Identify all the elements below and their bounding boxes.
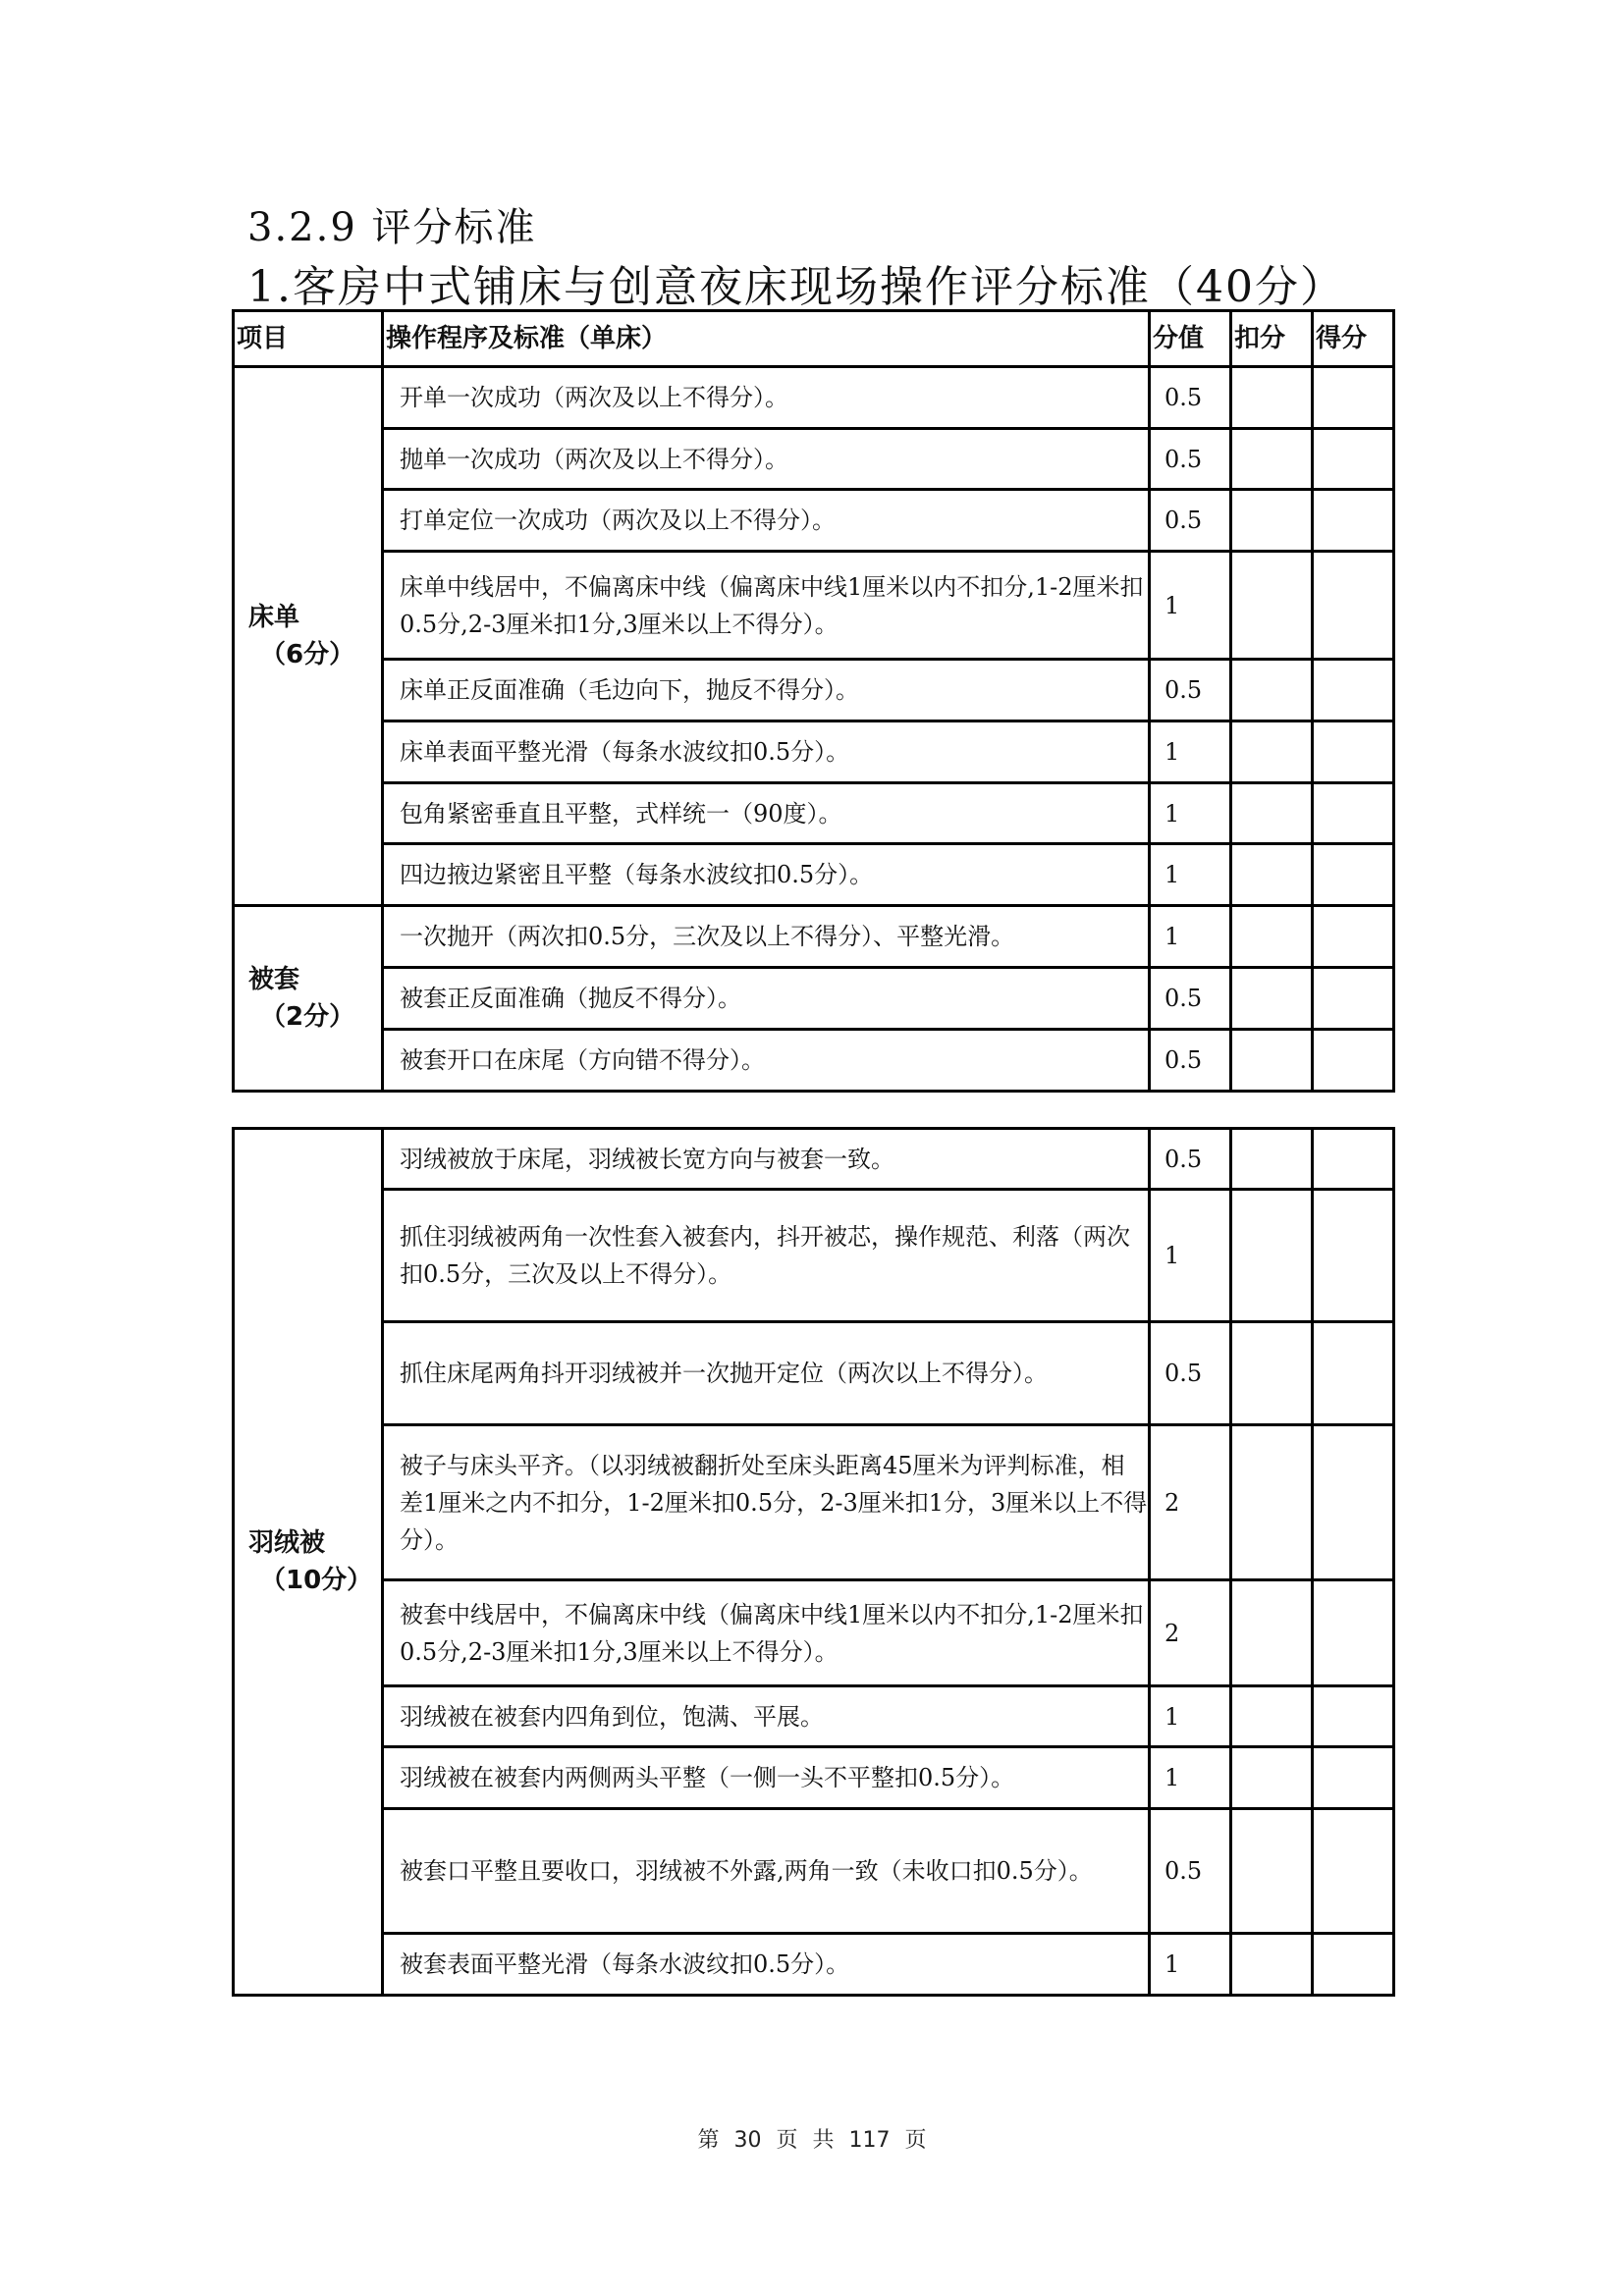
value-cell: 1 [1150, 1934, 1231, 1996]
value-cell: 2 [1150, 1580, 1231, 1686]
score-cell[interactable] [1313, 367, 1394, 429]
score-cell[interactable] [1313, 968, 1394, 1030]
deduct-cell[interactable] [1231, 1747, 1313, 1809]
header-score: 得分 [1313, 311, 1394, 367]
criteria-cell: 床单中线居中，不偏离床中线（偏离床中线1厘米以内不扣分,1-2厘米扣0.5分,2… [383, 552, 1150, 660]
criteria-cell: 被套中线居中，不偏离床中线（偏离床中线1厘米以内不扣分,1-2厘米扣0.5分,2… [383, 1580, 1150, 1686]
score-cell[interactable] [1313, 429, 1394, 490]
score-cell[interactable] [1313, 1190, 1394, 1322]
score-cell[interactable] [1313, 490, 1394, 552]
score-cell[interactable] [1313, 1934, 1394, 1996]
category-points: （2分） [248, 998, 381, 1036]
table-row: 床单 （6分） 开单一次成功（两次及以上不得分）。 0.5 [234, 367, 1394, 429]
criteria-cell: 打单定位一次成功（两次及以上不得分）。 [383, 490, 1150, 552]
category-name: 羽绒被 [248, 1528, 325, 1558]
criteria-cell: 羽绒被在被套内四角到位，饱满、平展。 [383, 1686, 1150, 1747]
deduct-cell[interactable] [1231, 552, 1313, 660]
table-row: 床单正反面准确（毛边向下，抛反不得分）。 0.5 [234, 660, 1394, 721]
criteria-cell: 一次抛开（两次扣0.5分，三次及以上不得分）、平整光滑。 [383, 906, 1150, 968]
criteria-cell: 羽绒被在被套内两侧两头平整（一侧一头不平整扣0.5分）。 [383, 1747, 1150, 1809]
criteria-cell: 抛单一次成功（两次及以上不得分）。 [383, 429, 1150, 490]
header-deduct: 扣分 [1231, 311, 1313, 367]
score-cell[interactable] [1313, 844, 1394, 906]
deduct-cell[interactable] [1231, 1129, 1313, 1190]
section-heading: 3.2.9 评分标准 [247, 196, 537, 252]
score-cell[interactable] [1313, 721, 1394, 783]
deduct-cell[interactable] [1231, 660, 1313, 721]
value-cell: 0.5 [1150, 367, 1231, 429]
value-cell: 0.5 [1150, 490, 1231, 552]
criteria-cell: 被子与床头平齐。（以羽绒被翻折处至床头距离45厘米为评判标准，相差1厘米之内不扣… [383, 1425, 1150, 1580]
deduct-cell[interactable] [1231, 721, 1313, 783]
value-cell: 1 [1150, 783, 1231, 844]
deduct-cell[interactable] [1231, 1322, 1313, 1425]
table-row: 羽绒被在被套内两侧两头平整（一侧一头不平整扣0.5分）。 1 [234, 1747, 1394, 1809]
table-row: 被套 （2分） 一次抛开（两次扣0.5分，三次及以上不得分）、平整光滑。 1 [234, 906, 1394, 968]
criteria-cell: 抓住床尾两角抖开羽绒被并一次抛开定位（两次以上不得分）。 [383, 1322, 1150, 1425]
value-cell: 1 [1150, 721, 1231, 783]
value-cell: 2 [1150, 1425, 1231, 1580]
table-header-row: 项目 操作程序及标准（单床） 分值 扣分 得分 [234, 311, 1394, 367]
score-cell[interactable] [1313, 1322, 1394, 1425]
criteria-cell: 被套正反面准确（抛反不得分）。 [383, 968, 1150, 1030]
table-row: 抓住羽绒被两角一次性套入被套内，抖开被芯，操作规范、利落（两次扣0.5分，三次及… [234, 1190, 1394, 1322]
category-name: 被套 [248, 965, 299, 994]
table-row: 被套正反面准确（抛反不得分）。 0.5 [234, 968, 1394, 1030]
header-value: 分值 [1150, 311, 1231, 367]
deduct-cell[interactable] [1231, 367, 1313, 429]
table-row: 抛单一次成功（两次及以上不得分）。 0.5 [234, 429, 1394, 490]
value-cell: 1 [1150, 844, 1231, 906]
deduct-cell[interactable] [1231, 429, 1313, 490]
scoring-table-part-1: 项目 操作程序及标准（单床） 分值 扣分 得分 床单 （6分） 开单一次成功（两… [232, 309, 1395, 1093]
criteria-cell: 床单表面平整光滑（每条水波纹扣0.5分）。 [383, 721, 1150, 783]
criteria-cell: 被套表面平整光滑（每条水波纹扣0.5分）。 [383, 1934, 1150, 1996]
criteria-cell: 抓住羽绒被两角一次性套入被套内，抖开被芯，操作规范、利落（两次扣0.5分，三次及… [383, 1190, 1150, 1322]
criteria-cell: 被套口平整且要收口，羽绒被不外露,两角一致（未收口扣0.5分）。 [383, 1809, 1150, 1934]
category-cell-sheet: 床单 （6分） [234, 367, 383, 906]
criteria-cell: 羽绒被放于床尾，羽绒被长宽方向与被套一致。 [383, 1129, 1150, 1190]
criteria-cell: 被套开口在床尾（方向错不得分）。 [383, 1030, 1150, 1092]
value-cell: 1 [1150, 1190, 1231, 1322]
table-row: 被套表面平整光滑（每条水波纹扣0.5分）。 1 [234, 1934, 1394, 1996]
deduct-cell[interactable] [1231, 968, 1313, 1030]
category-cell-duvet-cover: 被套 （2分） [234, 906, 383, 1092]
category-points: （6分） [248, 636, 381, 673]
deduct-cell[interactable] [1231, 1934, 1313, 1996]
table-row: 抓住床尾两角抖开羽绒被并一次抛开定位（两次以上不得分）。 0.5 [234, 1322, 1394, 1425]
value-cell: 1 [1150, 552, 1231, 660]
table-row: 四边掖边紧密且平整（每条水波纹扣0.5分）。 1 [234, 844, 1394, 906]
value-cell: 0.5 [1150, 1129, 1231, 1190]
table-row: 打单定位一次成功（两次及以上不得分）。 0.5 [234, 490, 1394, 552]
score-cell[interactable] [1313, 783, 1394, 844]
table-row: 被套中线居中，不偏离床中线（偏离床中线1厘米以内不扣分,1-2厘米扣0.5分,2… [234, 1580, 1394, 1686]
header-criteria: 操作程序及标准（单床） [383, 311, 1150, 367]
deduct-cell[interactable] [1231, 1190, 1313, 1322]
deduct-cell[interactable] [1231, 1809, 1313, 1934]
category-cell-down-duvet: 羽绒被 （10分） [234, 1129, 383, 1996]
deduct-cell[interactable] [1231, 1686, 1313, 1747]
value-cell: 1 [1150, 1747, 1231, 1809]
value-cell: 1 [1150, 1686, 1231, 1747]
category-points: （10分） [248, 1562, 381, 1599]
value-cell: 0.5 [1150, 429, 1231, 490]
table-row: 被套开口在床尾（方向错不得分）。 0.5 [234, 1030, 1394, 1092]
deduct-cell[interactable] [1231, 844, 1313, 906]
table-row: 被套口平整且要收口，羽绒被不外露,两角一致（未收口扣0.5分）。 0.5 [234, 1809, 1394, 1934]
table-row: 床单表面平整光滑（每条水波纹扣0.5分）。 1 [234, 721, 1394, 783]
score-cell[interactable] [1313, 1686, 1394, 1747]
value-cell: 1 [1150, 906, 1231, 968]
score-cell[interactable] [1313, 1809, 1394, 1934]
value-cell: 0.5 [1150, 660, 1231, 721]
deduct-cell[interactable] [1231, 1425, 1313, 1580]
score-cell[interactable] [1313, 1030, 1394, 1092]
category-name: 床单 [248, 603, 299, 632]
header-item: 项目 [234, 311, 383, 367]
value-cell: 0.5 [1150, 968, 1231, 1030]
table-row: 被子与床头平齐。（以羽绒被翻折处至床头距离45厘米为评判标准，相差1厘米之内不扣… [234, 1425, 1394, 1580]
criteria-cell: 四边掖边紧密且平整（每条水波纹扣0.5分）。 [383, 844, 1150, 906]
table-row: 羽绒被 （10分） 羽绒被放于床尾，羽绒被长宽方向与被套一致。 0.5 [234, 1129, 1394, 1190]
score-cell[interactable] [1313, 1747, 1394, 1809]
scoring-table-part-2: 羽绒被 （10分） 羽绒被放于床尾，羽绒被长宽方向与被套一致。 0.5 抓住羽绒… [232, 1127, 1395, 1997]
table-row: 床单中线居中，不偏离床中线（偏离床中线1厘米以内不扣分,1-2厘米扣0.5分,2… [234, 552, 1394, 660]
score-cell[interactable] [1313, 1425, 1394, 1580]
deduct-cell[interactable] [1231, 1580, 1313, 1686]
deduct-cell[interactable] [1231, 490, 1313, 552]
score-cell[interactable] [1313, 1129, 1394, 1190]
score-cell[interactable] [1313, 552, 1394, 660]
value-cell: 0.5 [1150, 1322, 1231, 1425]
score-cell[interactable] [1313, 906, 1394, 968]
score-cell[interactable] [1313, 660, 1394, 721]
deduct-cell[interactable] [1231, 906, 1313, 968]
criteria-cell: 床单正反面准确（毛边向下，抛反不得分）。 [383, 660, 1150, 721]
page-number-footer: 第 30 页 共 117 页 [0, 2123, 1624, 2154]
value-cell: 0.5 [1150, 1030, 1231, 1092]
value-cell: 0.5 [1150, 1809, 1231, 1934]
score-cell[interactable] [1313, 1580, 1394, 1686]
criteria-cell: 包角紧密垂直且平整，式样统一（90度）。 [383, 783, 1150, 844]
table-title: 1.客房中式铺床与创意夜床现场操作评分标准（40分） [247, 251, 1345, 314]
deduct-cell[interactable] [1231, 783, 1313, 844]
table-row: 羽绒被在被套内四角到位，饱满、平展。 1 [234, 1686, 1394, 1747]
criteria-cell: 开单一次成功（两次及以上不得分）。 [383, 367, 1150, 429]
deduct-cell[interactable] [1231, 1030, 1313, 1092]
table-row: 包角紧密垂直且平整，式样统一（90度）。 1 [234, 783, 1394, 844]
